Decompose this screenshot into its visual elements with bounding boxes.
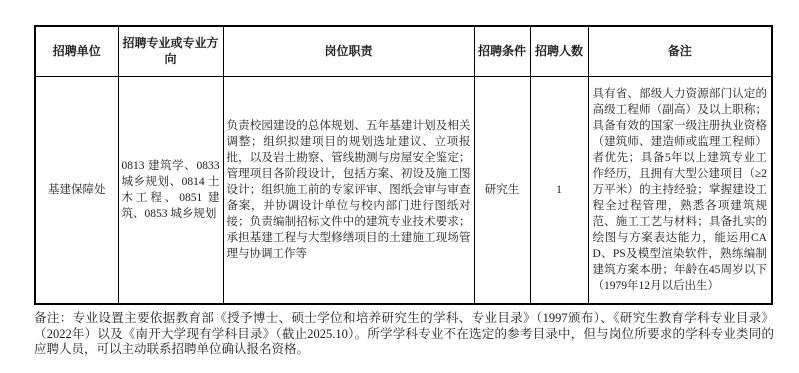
cell-recruiting-condition: 研究生 [474, 76, 530, 304]
header-job-duties: 岗位职责 [223, 26, 474, 76]
header-recruiting-condition: 招聘条件 [474, 26, 530, 76]
header-recruiting-unit: 招聘单位 [35, 26, 118, 76]
cell-headcount: 1 [530, 76, 588, 304]
recruitment-table: 招聘单位 招聘专业或专业方向 岗位职责 招聘条件 招聘人数 备注 基建保障处 0… [34, 25, 773, 305]
cell-recruiting-unit: 基建保障处 [35, 76, 118, 304]
header-remarks: 备注 [588, 26, 772, 76]
cell-major-codes: 0813 建筑学、0833 城乡规划、0814 土木工程、0851 建筑、085… [118, 76, 223, 304]
header-major-or-direction: 招聘专业或专业方向 [118, 26, 223, 76]
header-headcount: 招聘人数 [530, 26, 588, 76]
footnote-text: 备注：专业设置主要依据教育部《授予博士、硕士学位和培养研究生的学科、专业目录》（… [34, 311, 774, 358]
cell-job-duties: 负责校园建设的总体规划、五年基建计划及相关调整；组织拟建项目的规划选址建议、立项… [223, 76, 474, 304]
cell-remarks: 具有省、部级人力资源部门认定的高级工程师（副高）及以上职称；具备有效的国家一级注… [588, 76, 772, 304]
table-row: 基建保障处 0813 建筑学、0833 城乡规划、0814 土木工程、0851 … [35, 76, 772, 304]
table-header-row: 招聘单位 招聘专业或专业方向 岗位职责 招聘条件 招聘人数 备注 [35, 26, 772, 76]
recruitment-notice-page: 招聘单位 招聘专业或专业方向 岗位职责 招聘条件 招聘人数 备注 基建保障处 0… [0, 0, 799, 373]
